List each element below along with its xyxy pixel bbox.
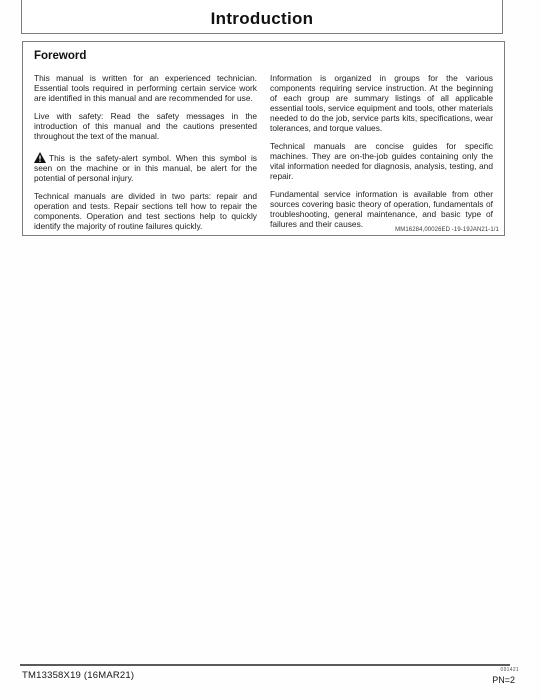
footer-rule <box>20 664 510 666</box>
foreword-left-column: This manual is written for an experience… <box>34 73 257 239</box>
foreword-right-column: Information is organized in groups for t… <box>270 73 493 239</box>
paragraph: Technical manuals are concise guides for… <box>270 141 493 181</box>
foreword-heading: Foreword <box>34 50 493 62</box>
print-code: 091421 <box>501 667 520 673</box>
manual-page: Introduction Foreword This manual is wri… <box>0 0 541 700</box>
foreword-columns: This manual is written for an experience… <box>34 73 493 239</box>
document-code: TM13358X19 (16MAR21) <box>22 670 134 681</box>
paragraph: This manual is written for an experience… <box>34 73 257 103</box>
title-banner: Introduction <box>21 0 503 34</box>
page-number: PN=2 <box>492 675 515 685</box>
paragraph-text: This manual is written for an experience… <box>34 73 257 103</box>
revision-code: MM16284,00026ED -19-19JAN21-1/1 <box>395 227 499 233</box>
paragraph: Live with safety: Read the safety messag… <box>34 111 257 141</box>
paragraph: Technical manuals are divided in two par… <box>34 191 257 231</box>
paragraph-text: Fundamental service information is avail… <box>270 189 493 229</box>
foreword-section: Foreword This manual is written for an e… <box>22 41 505 236</box>
safety-alert-paragraph: This is the safety-alert symbol. When th… <box>34 152 257 183</box>
paragraph: Fundamental service information is avail… <box>270 189 493 229</box>
paragraph-text: Information is organized in groups for t… <box>270 73 493 133</box>
paragraph-text: Technical manuals are concise guides for… <box>270 141 493 181</box>
page-title: Introduction <box>211 9 314 33</box>
paragraph: Information is organized in groups for t… <box>270 73 493 133</box>
paragraph-text: Technical manuals are divided in two par… <box>34 191 257 231</box>
paragraph-text: Live with safety: Read the safety messag… <box>34 111 257 141</box>
paragraph-text: This is the safety-alert symbol. When th… <box>34 153 257 183</box>
safety-alert-icon <box>34 152 46 163</box>
